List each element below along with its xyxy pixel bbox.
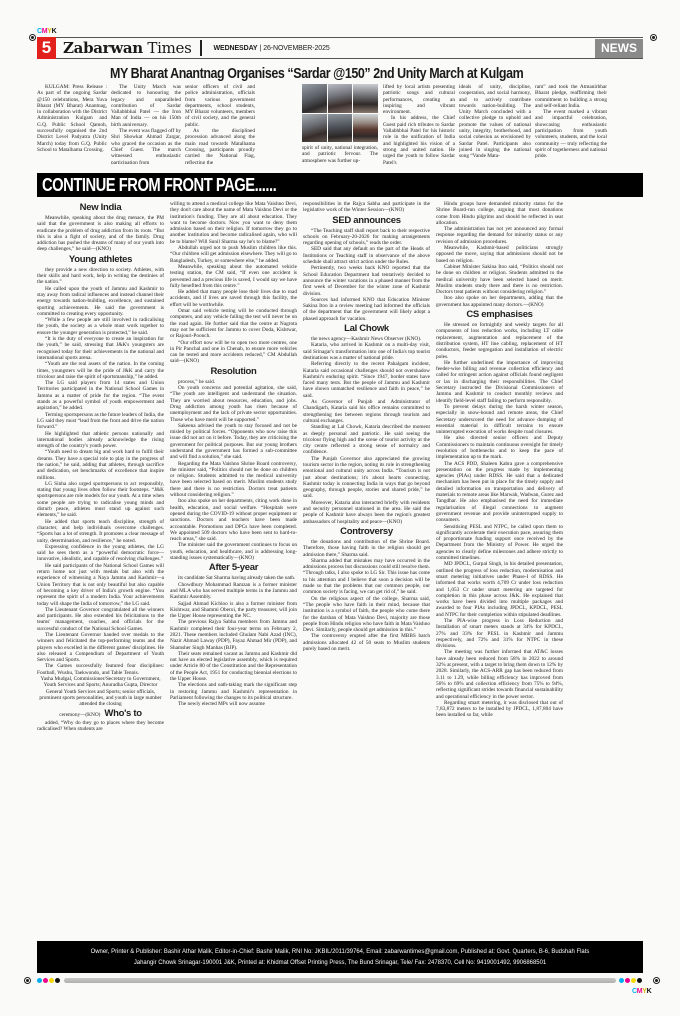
march-photo (302, 84, 327, 113)
masthead: 5 Zabarwan Times WEDNESDAY|26-NOVEMBER-2… (37, 37, 643, 59)
cyan-swatch (37, 978, 42, 983)
issue-date: WEDNESDAY|26-NOVEMBER-2025 (214, 45, 330, 52)
print-color-bar (37, 977, 643, 983)
march-photo (328, 84, 353, 113)
continued-column-1: New India Meanwhile, speaking about the … (37, 201, 164, 937)
subhead-lal-chowk: Lal Chowk (303, 323, 430, 335)
march-photo (353, 84, 378, 113)
lead-story-column-1: KULGAM: Press Release : As part of the o… (37, 84, 107, 164)
magenta-swatch (43, 978, 48, 983)
continued-column-5-text (569, 201, 643, 937)
lead-story-column-5: lifted by local artists presenting patri… (383, 84, 455, 164)
registration-mark-bottom-left (24, 977, 31, 984)
continued-column-2: willing to attend a medical college like… (170, 201, 297, 937)
subhead-sed-announces: SED announces (303, 215, 430, 227)
paper-name: Zabarwan Times (63, 39, 192, 57)
subhead-young-athletes: Young athletes (37, 254, 164, 266)
yellow-swatch (49, 978, 54, 983)
lead-story-column-4: spirit of unity, national integration, a… (302, 145, 378, 165)
lead-story-column-7: ram” and took the Atmanirbhar Bharat ple… (535, 84, 607, 164)
attendees-list: Yasha Mudgal, Commissioner/Secretary to … (37, 676, 164, 707)
masthead-divider (200, 40, 202, 56)
page-number: 5 (37, 37, 56, 59)
subhead-new-india: New India (37, 202, 164, 214)
registration-mark-top-left (29, 34, 36, 41)
imprint-footer: Owner, Printer & Publisher: Bashir Athar… (37, 941, 643, 973)
section-tag: NEWS (595, 39, 643, 58)
black-swatch (637, 978, 642, 983)
lead-story-column-3: senior officers of civil and police admi… (185, 84, 255, 164)
subhead-controversy: Controversy (303, 526, 430, 538)
gray-density-strip (64, 978, 616, 983)
lead-story-column-2: The Unity March was dedicated to honouri… (111, 84, 181, 164)
march-photo (328, 114, 353, 143)
subhead-whos-to: Who's to (104, 708, 141, 720)
cmyk-label-top: CMYK (37, 28, 56, 35)
subhead-after-5-year: After 5-year (170, 562, 297, 574)
march-photo (302, 114, 327, 143)
registration-mark-bottom-right (653, 977, 660, 984)
lead-story-column-6: ideals of unity, discipline, cooperation… (459, 84, 531, 164)
imprint-line-2: Jahangir Chowk Srinagar-190001 J&K, Prin… (67, 957, 612, 968)
march-photo (353, 114, 378, 143)
cyan-swatch (619, 978, 624, 983)
cmyk-label-bottom: CMYK (632, 988, 651, 995)
registration-mark-top-right (650, 34, 657, 41)
lead-headline: MY Bharat Anantnag Organises “Sardar @15… (110, 66, 574, 82)
continue-banner: CONTINUE FROM FRONT PAGE...... (37, 173, 643, 197)
imprint-line-1: Owner, Printer & Publisher: Bashir Athar… (67, 946, 612, 957)
unity-march-photo-collage (302, 84, 378, 142)
black-swatch (55, 978, 60, 983)
yellow-swatch (631, 978, 636, 983)
magenta-swatch (625, 978, 630, 983)
subhead-resolution: Resolution (170, 366, 297, 378)
continued-column-3: responsibilities in the Rajya Sabha and … (303, 201, 430, 937)
